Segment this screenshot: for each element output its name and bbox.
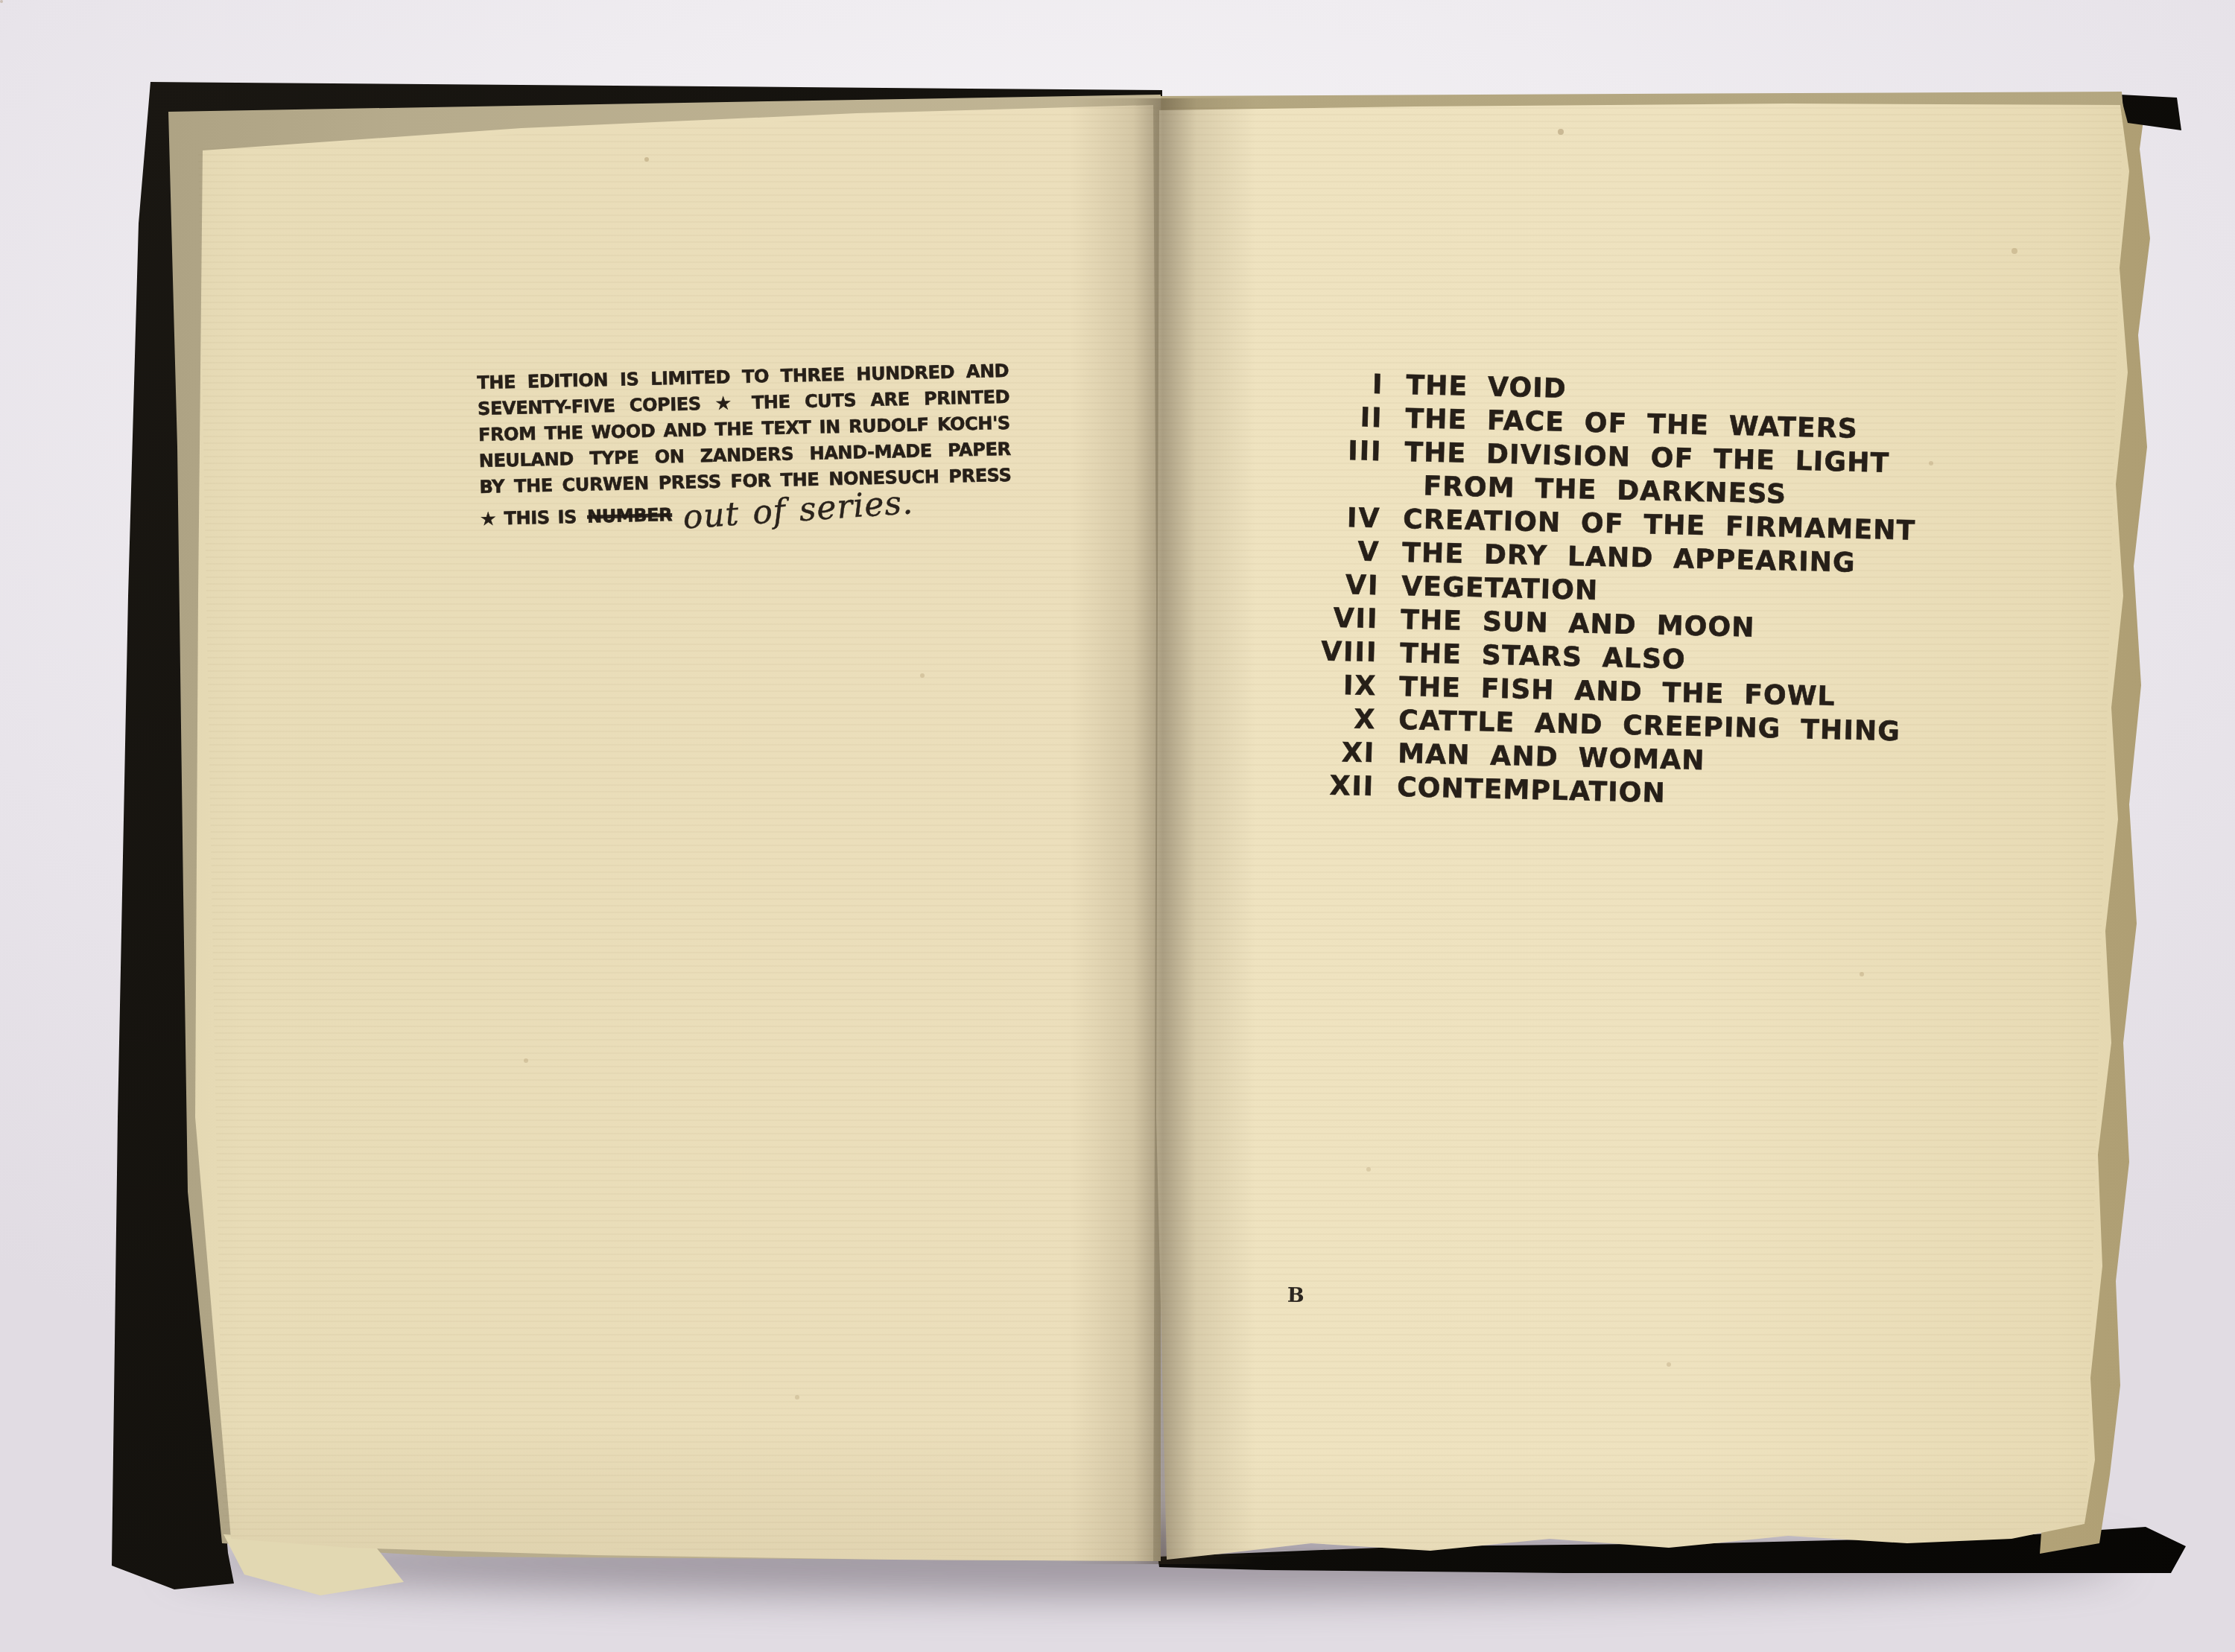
struck-word-number: NUMBER (587, 502, 673, 530)
chapter-numeral: II (1307, 400, 1383, 435)
limitation-prefix: ★ THIS IS (480, 504, 577, 533)
chapter-numeral: VII (1302, 601, 1379, 636)
chapter-numeral: VI (1303, 568, 1380, 603)
chapter-numeral: V (1304, 534, 1380, 569)
photo-open-book: THE EDITION IS LIMITED TO THREE HUNDRED … (0, 0, 2235, 1652)
paper-texture (0, 0, 2235, 1652)
chapter-title: THE VOID (1406, 369, 1567, 406)
chapter-numeral: IV (1304, 501, 1381, 536)
chapter-numeral: VIII (1302, 635, 1378, 670)
chapter-numeral: IX (1301, 668, 1378, 703)
chapter-title-wrap: THE DIVISION OF THE LIGHT FROM THE DARKN… (1404, 436, 1890, 514)
chapter-numeral: X (1300, 702, 1377, 737)
chapter-numeral: XII (1299, 769, 1375, 804)
chapter-numeral: III (1305, 433, 1383, 502)
limitation-colophon: THE EDITION IS LIMITED TO THREE HUNDRED … (477, 358, 1012, 533)
chapter-numeral: XI (1299, 735, 1376, 770)
contents-list: I THE VOID II THE FACE OF THE WATERS III… (1299, 366, 1919, 816)
signature-mark-b: B (1287, 1284, 1304, 1307)
foxing-specks (0, 0, 3, 3)
chapter-title: CONTEMPLATION (1397, 771, 1667, 810)
chapter-title: VEGETATION (1401, 570, 1599, 608)
chapter-numeral: I (1307, 366, 1384, 401)
